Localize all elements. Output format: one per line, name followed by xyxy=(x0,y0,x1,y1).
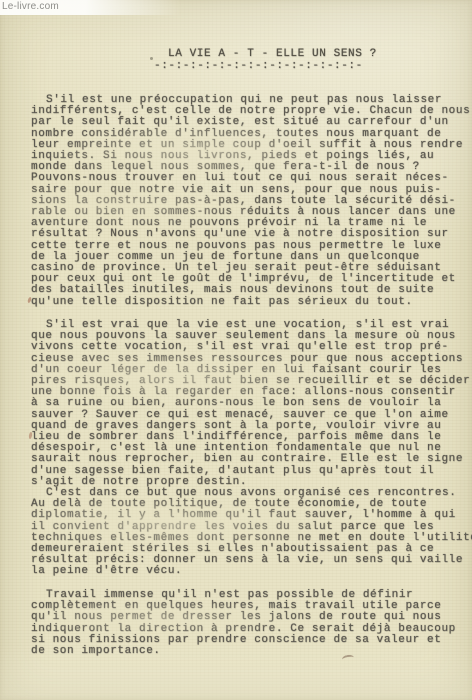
text-line: Pouvons-nous trouver en lui tout ce qui … xyxy=(31,173,472,184)
text-line: vivons cette vocation, s'il est vrai qu'… xyxy=(31,342,472,353)
text-line: qu'une telle disposition ne fait pas sér… xyxy=(31,297,472,308)
paragraph: Travail immense qu'il n'est pas possible… xyxy=(31,590,472,657)
paragraph: C'est dans ce but que nous avons organis… xyxy=(31,488,472,578)
text-line: saurait nous reprocher, bien au contrair… xyxy=(31,454,472,465)
text-line: qu'il nous permet de dresser les jalons … xyxy=(31,612,472,623)
text-line: à sa ruine ou bien, aurons-nous le bon s… xyxy=(31,398,472,409)
scanned-document-page: Le-livre.com LA VIE A - T - ELLE UN SENS… xyxy=(0,0,472,700)
text-line: par le seul fait qu'il existe, est situé… xyxy=(31,117,472,128)
text-line: des batailles inutiles, mais nous devino… xyxy=(31,285,472,296)
text-line: diplomatie, il y a l'homme qu'il faut sa… xyxy=(31,510,472,521)
text-line: résultat ? Nous n'avons qu'une vie à not… xyxy=(31,229,472,240)
paragraph: S'il est une préoccupation qui ne peut p… xyxy=(31,95,472,308)
watermark-label: Le-livre.com xyxy=(0,0,190,12)
text-line: de son importance. xyxy=(31,646,472,657)
document-body: S'il est une préoccupation qui ne peut p… xyxy=(0,0,472,700)
watermark-band: Le-livre.com xyxy=(0,0,190,15)
text-line: la peine d'être vécu. xyxy=(31,566,472,577)
paragraph: S'il est vrai que la vie est une vocatio… xyxy=(31,320,472,488)
